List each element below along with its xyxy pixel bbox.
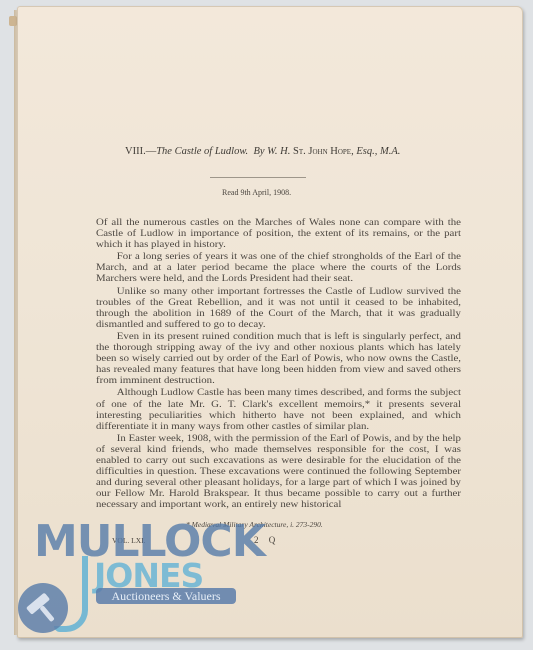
volume-signature: VOL. LXI. — [112, 536, 146, 545]
paragraph: In Easter week, 1908, with the permissio… — [96, 434, 461, 512]
body-text: Of all the numerous castles on the March… — [96, 218, 461, 512]
footnote: * Mediæval Military Architecture, i. 273… — [186, 520, 323, 529]
paragraph: For a long series of years it was one of… — [96, 252, 461, 285]
paragraph: Of all the numerous castles on the March… — [96, 218, 461, 251]
article-number: VIII.— — [125, 146, 156, 157]
signature-mark: 2 Q — [254, 535, 279, 545]
paragraph: Even in its present ruined condition muc… — [96, 332, 461, 387]
author-suffix: Esq., M.A. — [356, 146, 400, 157]
heading-rule — [210, 177, 306, 178]
paragraph: Although Ludlow Castle has been many tim… — [96, 388, 461, 432]
binding-tab — [9, 16, 17, 26]
author-by: By W. H. — [253, 146, 290, 157]
author-name: St. John Hope, — [293, 146, 354, 157]
read-date: Read 9th April, 1908. — [222, 188, 291, 197]
article-title: The Castle of Ludlow. — [156, 146, 248, 157]
paragraph: Unlike so many other important fortresse… — [96, 287, 461, 331]
article-heading: VIII.—The Castle of Ludlow. By W. H. St.… — [125, 146, 445, 157]
